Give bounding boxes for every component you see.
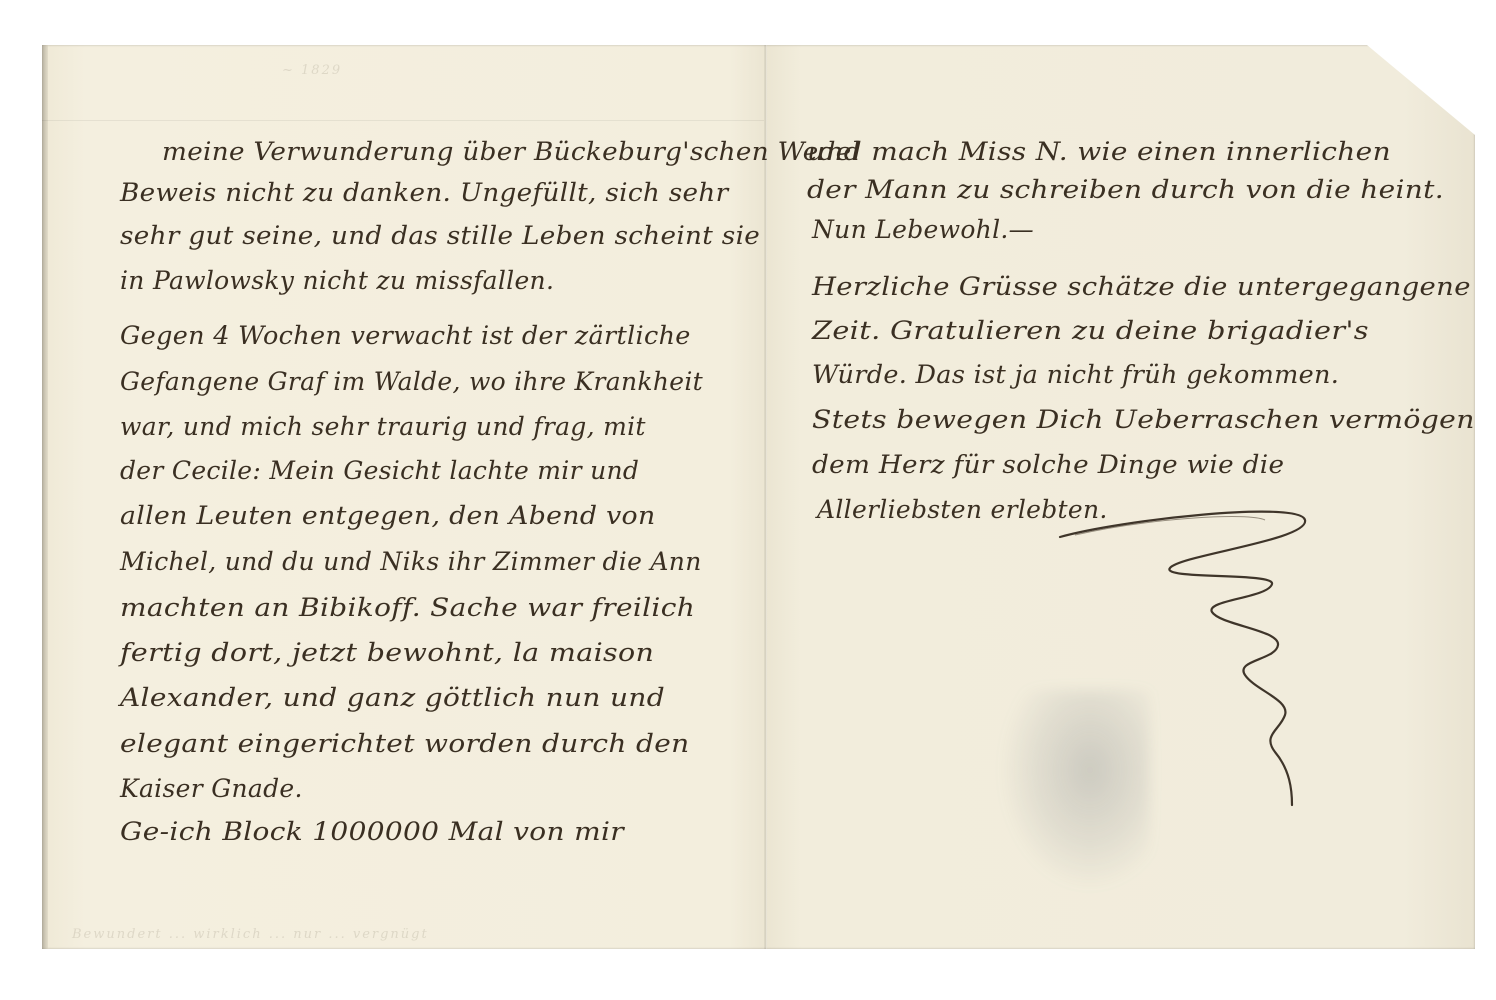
signature-flourish [0,0,1496,1000]
